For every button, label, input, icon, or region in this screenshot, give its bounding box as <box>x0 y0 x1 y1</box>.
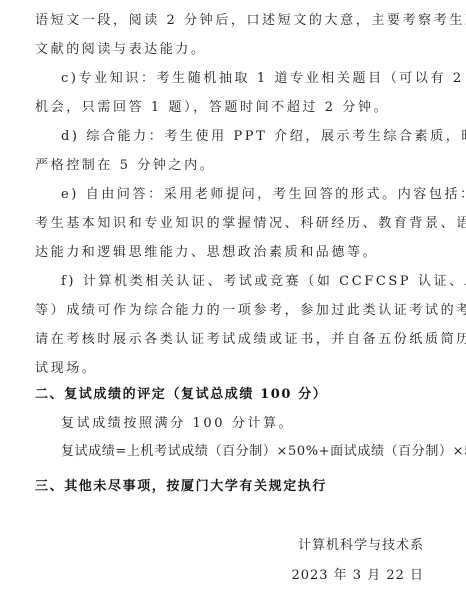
score-formula: 复试成绩=上机考试成绩（百分制）×50%+面试成绩（百分制）×50% <box>61 444 427 460</box>
signature-department: 计算机科学与技术系 <box>298 538 424 554</box>
body-line: 严格控制在 5 分钟之内。 <box>35 158 427 174</box>
section-2-paragraph: 复试成绩按照满分 100 分计算。 <box>61 416 427 432</box>
body-line: 机会，只需回答 1 题），答题时间不超过 2 分钟。 <box>35 100 427 116</box>
section-2-heading: 二、复试成绩的评定（复试总成绩 100 分） <box>35 387 427 403</box>
body-line: 语短文一段，阅读 2 分钟后，口述短文的大意，主要考察考生对英文 <box>35 13 427 29</box>
item-f-line: f) 计算机类相关认证、考试或竞赛（如 CCFCSP 认证、ACM 竞赛 <box>61 274 427 290</box>
body-line: 文献的阅读与表达能力。 <box>35 42 427 58</box>
document-page: 语短文一段，阅读 2 分钟后，口述短文的大意，主要考察考生对英文 文献的阅读与表… <box>0 0 466 595</box>
body-line: 考生基本知识和专业知识的掌握情况、科研经历、教育背景、语言表 <box>35 216 427 232</box>
item-d-line: d) 综合能力：考生使用 PPT 介绍，展示考生综合素质，时间应 <box>61 129 427 145</box>
body-line: 达能力和逻辑思维能力、思想政治素质和品德等。 <box>35 245 427 261</box>
section-3-heading: 三、其他未尽事项，按厦门大学有关规定执行 <box>35 479 427 495</box>
signature-date: 2023 年 3 月 22 日 <box>291 568 424 584</box>
body-line: 试现场。 <box>35 361 427 377</box>
item-c-line: c)专业知识：考生随机抽取 1 道专业相关题目（可以有 2 次抽题 <box>61 71 427 87</box>
item-e-line: e) 自由问答：采用老师提问，考生回答的形式。内容包括：考察 <box>61 187 427 203</box>
body-line: 请在考核时展示各类认证考试成绩或证书，并自备五份纸质简历到面 <box>35 332 427 348</box>
body-line: 等）成绩可作为综合能力的一项参考，参加过此类认证考试的考生， <box>35 303 427 319</box>
